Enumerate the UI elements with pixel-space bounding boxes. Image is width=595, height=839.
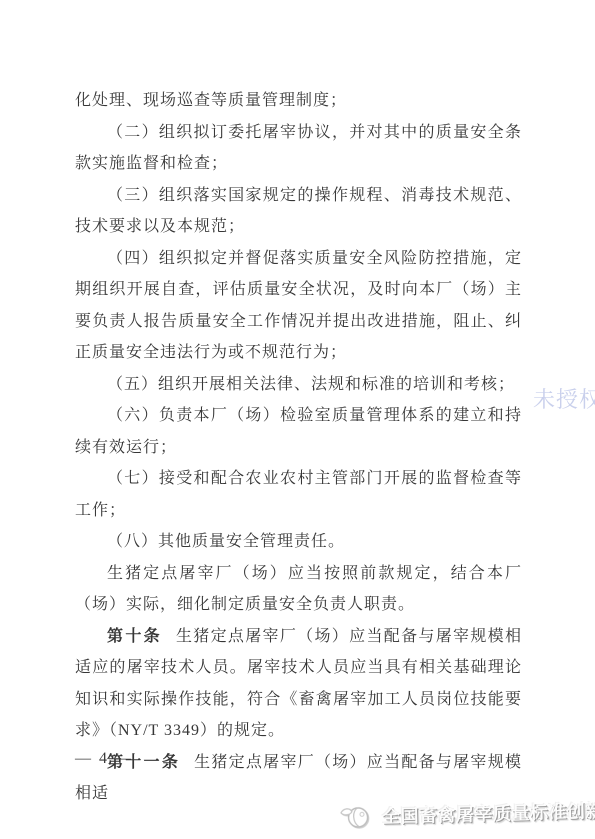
page-number: — 4 — [75,750,133,768]
paragraph: （六）负责本厂（场）检验室质量管理体系的建立和持续有效运行； [75,400,522,463]
paragraph-text: （五）组织开展相关法律、法规和标准的培训和考核； [107,376,515,393]
watermark-text: 未授权 [533,383,595,414]
paragraph: （八）其他质量安全管理责任。 [75,526,522,558]
paragraph-text: 化处理、现场巡查等质量管理制度； [75,92,347,109]
paragraph: 化处理、现场巡查等质量管理制度； [75,85,522,117]
paragraph: （三）组织落实国家规定的操作规程、消毒技术规范、技术要求以及本规范； [75,180,522,243]
document-body: 化处理、现场巡查等质量管理制度； （二）组织拟订委托屠宰协议，并对其中的质量安全… [75,85,522,810]
document-page: 化处理、现场巡查等质量管理制度； （二）组织拟订委托屠宰协议，并对其中的质量安全… [0,0,595,839]
paragraph-text: （六）负责本厂（场）检验室质量管理体系的建立和持续有效运行； [75,407,522,456]
paragraph-text: （八）其他质量安全管理责任。 [107,533,345,550]
footer-org-name: 全国畜禽屠宰质量标准创新中心 [382,796,595,829]
paragraph-text: （三）组织落实国家规定的操作规程、消毒技术规范、技术要求以及本规范； [75,187,522,236]
swirl-emblem-icon [338,802,373,831]
paragraph-text: （二）组织拟订委托屠宰协议，并对其中的质量安全条款实施监督和检查； [75,124,522,173]
paragraph-text: （四）组织拟定并督促落实质量安全风险防控措施，定期组织开展自查，评估质量安全状况… [75,250,522,362]
paragraph-text: （七）接受和配合农业农村主管部门开展的监督检查等工作； [75,470,522,519]
paragraph-text: 生猪定点屠宰厂（场）应当按照前款规定，结合本厂（场）实际，细化制定质量安全负责人… [75,565,522,614]
paragraph: 第十条生猪定点屠宰厂（场）应当配备与屠宰规模相适应的屠宰技术人员。屠宰技术人员应… [75,621,522,747]
article-number: 第十条 [107,628,162,645]
paragraph: 生猪定点屠宰厂（场）应当按照前款规定，结合本厂（场）实际，细化制定质量安全负责人… [75,558,522,621]
paragraph: （五）组织开展相关法律、法规和标准的培训和考核； [75,369,522,401]
paragraph: （七）接受和配合农业农村主管部门开展的监督检查等工作； [75,463,522,526]
paragraph: （四）组织拟定并督促落实质量安全风险防控措施，定期组织开展自查，评估质量安全状况… [75,243,522,369]
paragraph: （二）组织拟订委托屠宰协议，并对其中的质量安全条款实施监督和检查； [75,117,522,180]
